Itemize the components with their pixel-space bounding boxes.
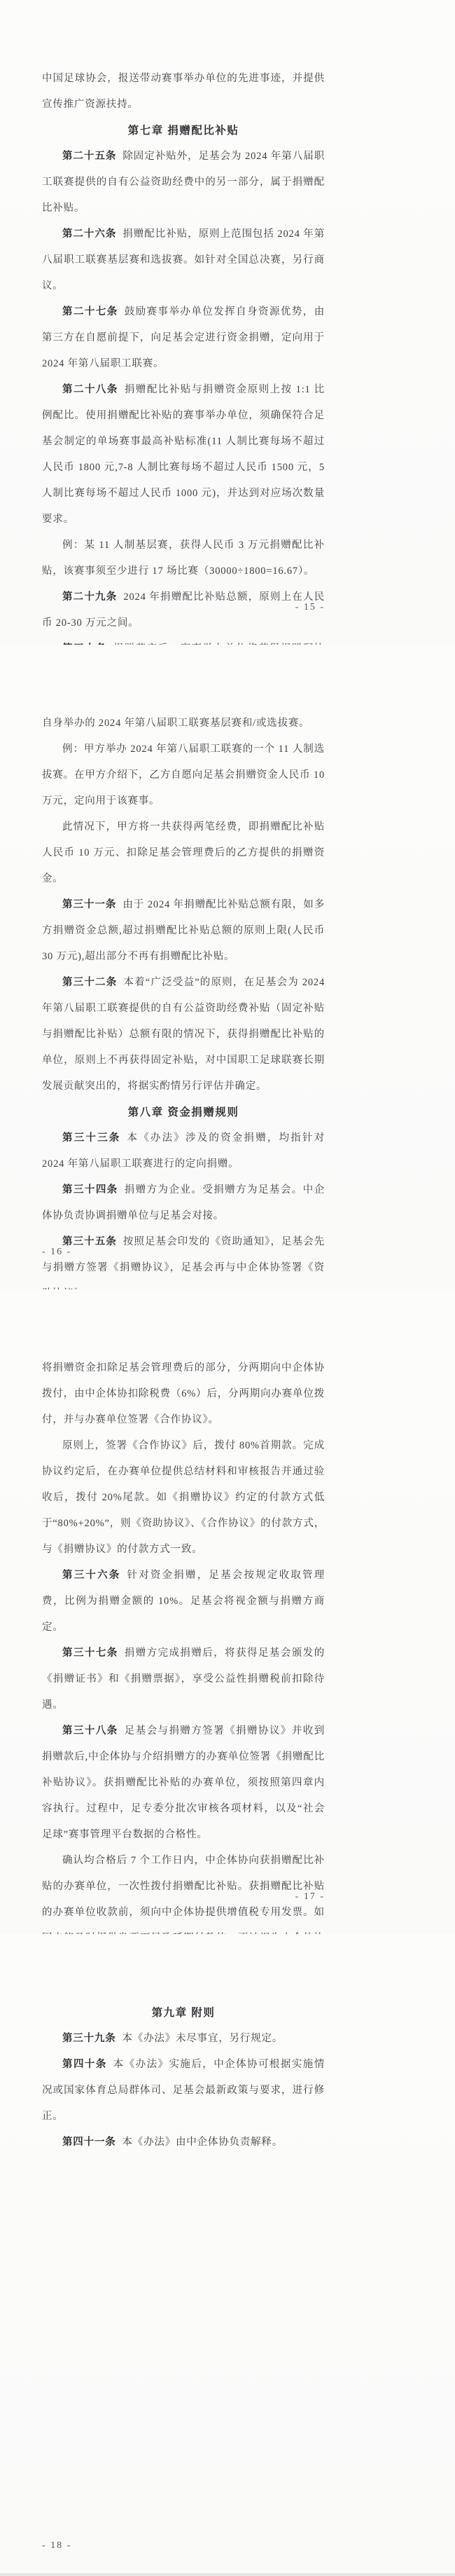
article-36: 第三十六条针对资金捐赠，足基会按规定收取管理费，比例为捐赠金额的 10%。足基会… — [42, 1563, 325, 1640]
chapter-7-heading: 第七章 捐赠配比补贴 — [42, 118, 325, 144]
article-39-number: 第三十九条 — [62, 2033, 116, 2044]
article-34-number: 第三十四条 — [62, 1184, 118, 1195]
example-paragraph: 例：甲方举办 2024 年第八届职工联赛的一个 11 人制选拔赛。在甲方介绍下，… — [42, 737, 325, 814]
article-32-text: 本着“广泛受益”的原则，在足基会为 2024 年第八届职工联赛提供的自有公益资助… — [42, 977, 325, 1092]
paragraph: 原则上，签署《合作协议》后，拨付 80%首期款。完成协议约定后，在办赛单位提供总… — [42, 1433, 325, 1563]
paragraph: 此情况下，甲方将一共获得两笔经费，即捐赠配比补贴人民币 10 万元、扣除足基会管… — [42, 814, 325, 892]
article-31: 第三十一条由于 2024 年捐赠配比补贴总额有限，如多方捐赠资金总额,超过捐赠配… — [42, 892, 325, 970]
continued-paragraph: 中国足球协会，报送带动赛事举办单位的先进事迹，并提供宣传推广资源扶持。 — [42, 66, 325, 118]
article-40: 第四十条本《办法》实施后，中企体协可根据实施情况或国家体育总局群体司、足基会最新… — [42, 2052, 325, 2130]
page-number: - 18 - — [42, 2535, 325, 2556]
page-17-content: 将捐赠资金扣除足基会管理费后的部分，分两期向中企体协拨付，由中企体协扣除税费（6… — [42, 1289, 325, 1934]
article-25: 第二十五条除固定补贴外，足基会为 2024 年第八届职工联赛提供的自有公益资助经… — [42, 144, 325, 221]
article-26-number: 第二十六条 — [62, 228, 116, 240]
article-25-number: 第二十五条 — [62, 151, 116, 162]
article-38-number: 第三十八条 — [62, 1725, 118, 1736]
article-28: 第二十八条捐赠配比补贴与捐赠资金原则上按 1:1 比例配比。使用捐赠配比补贴的赛… — [42, 377, 325, 533]
article-32: 第三十二条本着“广泛受益”的原则，在足基会为 2024 年第八届职工联赛提供的自… — [42, 970, 325, 1099]
chapter-9-heading: 第九章 附则 — [42, 2000, 325, 2026]
scan-bottom-edge — [0, 2573, 455, 2576]
page-number: - 17 - — [42, 1886, 325, 1907]
article-26: 第二十六条捐赠配比补贴，原则上范围包括 2024 年第八届职工联赛基层赛和选拔赛… — [42, 221, 325, 299]
continued-paragraph: 将捐赠资金扣除足基会管理费后的部分，分两期向中企体协拨付，由中企体协扣除税费（6… — [42, 1355, 325, 1433]
document-page-17: 将捐赠资金扣除足基会管理费后的部分，分两期向中企体协拨付，由中企体协扣除税费（6… — [0, 1289, 455, 1934]
article-38: 第三十八条足基会与捐赠方签署《捐赠协议》并收到捐赠款后,中企体协与介绍捐赠方的办… — [42, 1718, 325, 1848]
article-27: 第二十七条鼓励赛事举办单位发挥自身资源优势，由第三方在自愿前提下，向足基会定进行… — [42, 299, 325, 377]
page-number: - 15 - — [42, 597, 325, 618]
document-page-15: 中国足球协会，报送带动赛事举办单位的先进事迹，并提供宣传推广资源扶持。 第七章 … — [0, 0, 455, 645]
article-28-text: 捐赠配比补贴与捐赠资金原则上按 1:1 比例配比。使用捐赠配比补贴的赛事举办单位… — [42, 384, 325, 525]
article-40-number: 第四十条 — [62, 2059, 107, 2070]
page-16-content: 自身举办的 2024 年第八届职工联赛基层赛和/或选拔赛。 例：甲方举办 202… — [42, 645, 325, 1289]
continued-paragraph: 自身举办的 2024 年第八届职工联赛基层赛和/或选拔赛。 — [42, 711, 325, 737]
article-32-number: 第三十二条 — [62, 977, 117, 988]
example-paragraph: 例：某 11 人制基层赛，获得人民币 3 万元捐赠配比补贴，该赛事须至少进行 1… — [42, 533, 325, 584]
article-37: 第三十七条捐赠方完成捐赠后，将获得足基会颁发的《捐赠证书》和《捐赠票据》，享受公… — [42, 1640, 325, 1718]
article-38-text: 足基会与捐赠方签署《捐赠协议》并收到捐赠款后,中企体协与介绍捐赠方的办赛单位签署… — [42, 1725, 325, 1840]
article-41-number: 第四十一条 — [62, 2137, 116, 2148]
article-34: 第三十四条捐赠方为企业。受捐赠方为足基会。中企体协负责协调捐赠单位与足基会对接。 — [42, 1177, 325, 1229]
chapter-8-heading: 第八章 资金捐赠规则 — [42, 1099, 325, 1125]
article-41: 第四十一条本《办法》由中企体协负责解释。 — [42, 2130, 325, 2156]
document-page-16: 自身举办的 2024 年第八届职工联赛基层赛和/或选拔赛。 例：甲方举办 202… — [0, 645, 455, 1289]
article-31-number: 第三十一条 — [62, 899, 116, 910]
article-37-number: 第三十七条 — [62, 1647, 118, 1659]
article-33-number: 第三十三条 — [62, 1132, 121, 1144]
page-number: - 16 - — [42, 1242, 325, 1263]
article-30: 第三十条捐赠落实后，赛事举办单位将获得捐赠配比补贴，以及第三方捐赠的资金（扣除足… — [42, 636, 325, 645]
article-41-text: 本《办法》由中企体协负责解释。 — [122, 2137, 283, 2148]
page-18-content: 第九章 附则 第三十九条本《办法》未尽事宜，另行规定。 第四十条本《办法》实施后… — [42, 1934, 325, 2156]
document-page-18: 第九章 附则 第三十九条本《办法》未尽事宜，另行规定。 第四十条本《办法》实施后… — [0, 1934, 455, 2576]
article-33: 第三十三条本《办法》涉及的资金捐赠，均指针对 2024 年第八届职工联赛进行的定… — [42, 1125, 325, 1177]
article-39: 第三十九条本《办法》未尽事宜，另行规定。 — [42, 2026, 325, 2052]
page-15-content: 中国足球协会，报送带动赛事举办单位的先进事迹，并提供宣传推广资源扶持。 第七章 … — [42, 0, 325, 645]
article-36-number: 第三十六条 — [62, 1570, 121, 1581]
article-28-number: 第二十八条 — [62, 384, 118, 395]
article-39-text: 本《办法》未尽事宜，另行规定。 — [122, 2033, 283, 2044]
article-27-number: 第二十七条 — [62, 306, 118, 317]
